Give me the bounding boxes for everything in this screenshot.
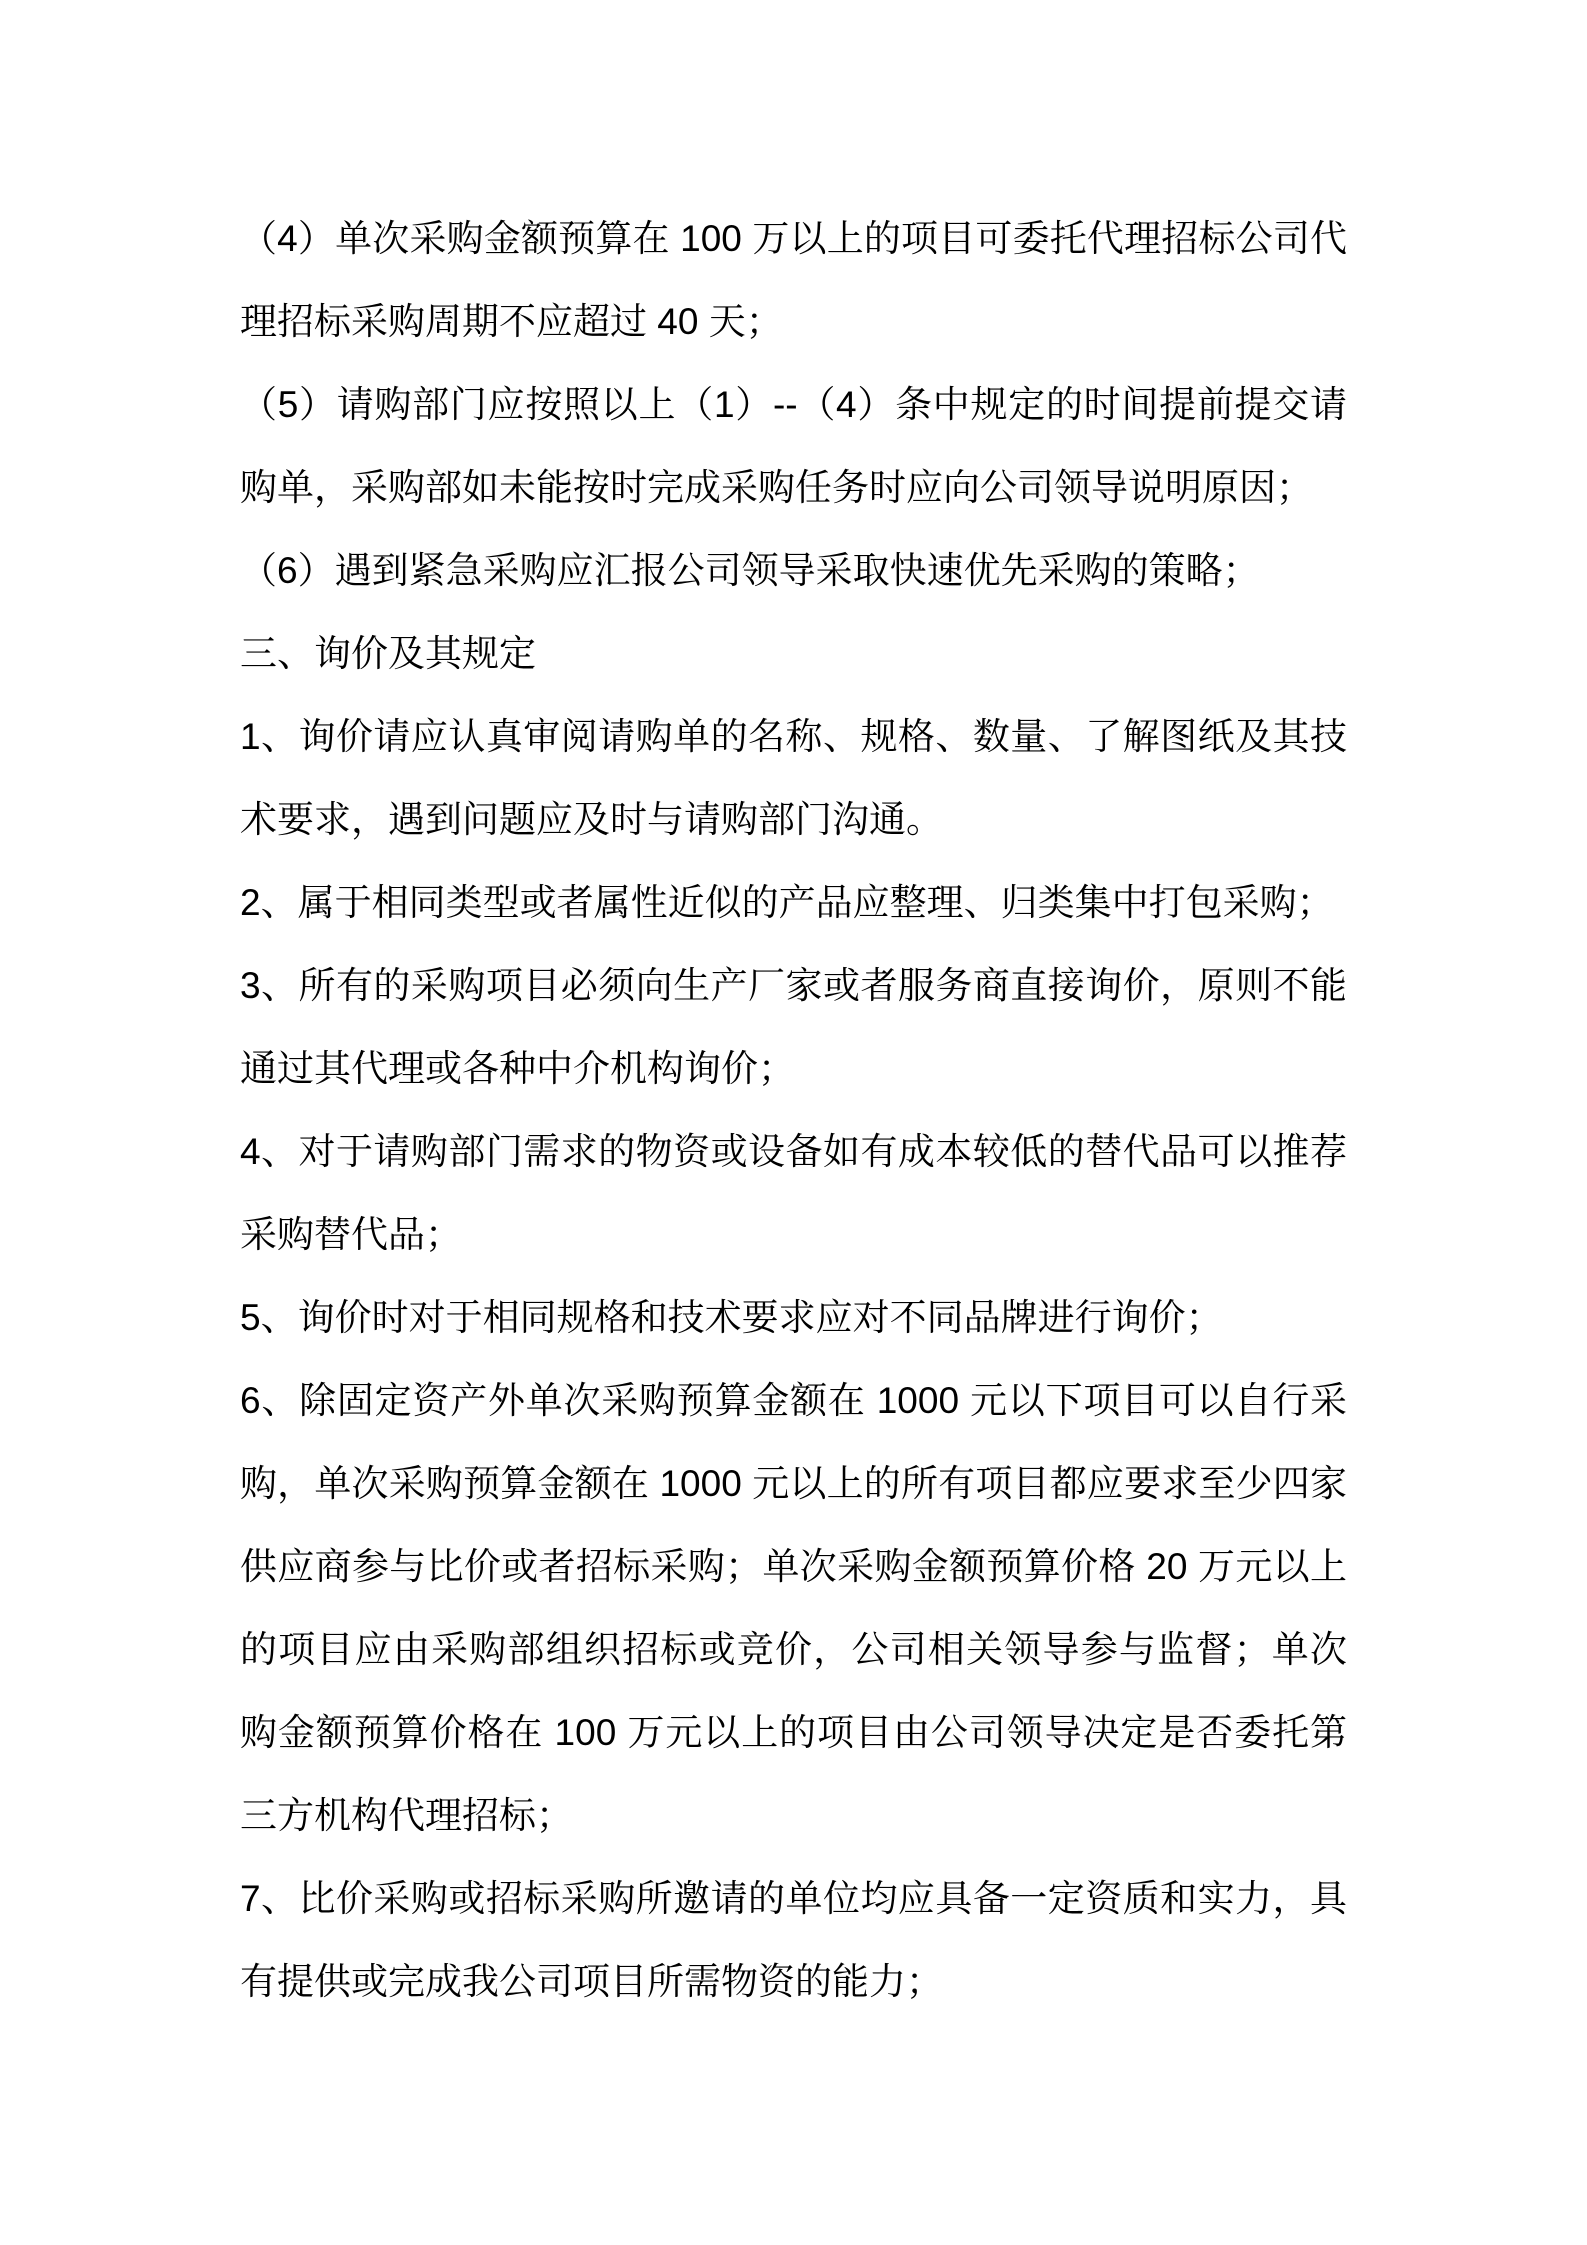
text-line: 购单，采购部如未能按时完成采购任务时应向公司领导说明原因； (240, 446, 1347, 529)
text-line: 3、所有的采购项目必须向生产厂家或者服务商直接询价，原则不能 (240, 944, 1347, 1027)
text-line: （4）单次采购金额预算在 100 万以上的项目可委托代理招标公司代 (240, 197, 1347, 280)
text-line: 供应商参与比价或者招标采购；单次采购金额预算价格 20 万元以上 (240, 1525, 1347, 1608)
text-line: 购，单次采购预算金额在 1000 元以上的所有项目都应要求至少四家 (240, 1442, 1347, 1525)
text-line: 5、询价时对于相同规格和技术要求应对不同品牌进行询价； (240, 1276, 1347, 1359)
text-line: 6、除固定资产外单次采购预算金额在 1000 元以下项目可以自行采 (240, 1359, 1347, 1442)
text-line: 三方机构代理招标； (240, 1774, 1347, 1857)
text-line: 术要求，遇到问题应及时与请购部门沟通。 (240, 778, 1347, 861)
text-line: 1、询价请应认真审阅请购单的名称、规格、数量、了解图纸及其技 (240, 695, 1347, 778)
text-line: 7、比价采购或招标采购所邀请的单位均应具备一定资质和实力，具 (240, 1857, 1347, 1940)
text-line: 有提供或完成我公司项目所需物资的能力； (240, 1940, 1347, 2023)
text-line: 理招标采购周期不应超过 40 天； (240, 280, 1347, 363)
text-line: 2、属于相同类型或者属性近似的产品应整理、归类集中打包采购； (240, 861, 1347, 944)
text-line: 的项目应由采购部组织招标或竞价，公司相关领导参与监督；单次采 (240, 1608, 1347, 1691)
text-line: 采购替代品； (240, 1193, 1347, 1276)
text-line: （6）遇到紧急采购应汇报公司领导采取快速优先采购的策略； (240, 529, 1347, 612)
text-line: 通过其代理或各种中介机构询价； (240, 1027, 1347, 1110)
document-page: （4）单次采购金额预算在 100 万以上的项目可委托代理招标公司代 理招标采购周… (0, 0, 1587, 2245)
section-heading: 三、询价及其规定 (240, 612, 1347, 695)
document-text-block: （4）单次采购金额预算在 100 万以上的项目可委托代理招标公司代 理招标采购周… (240, 197, 1347, 2023)
text-line: 4、对于请购部门需求的物资或设备如有成本较低的替代品可以推荐 (240, 1110, 1347, 1193)
text-line: （5）请购部门应按照以上（1）--（4）条中规定的时间提前提交请 (240, 363, 1347, 446)
text-line: 购金额预算价格在 100 万元以上的项目由公司领导决定是否委托第 (240, 1691, 1347, 1774)
